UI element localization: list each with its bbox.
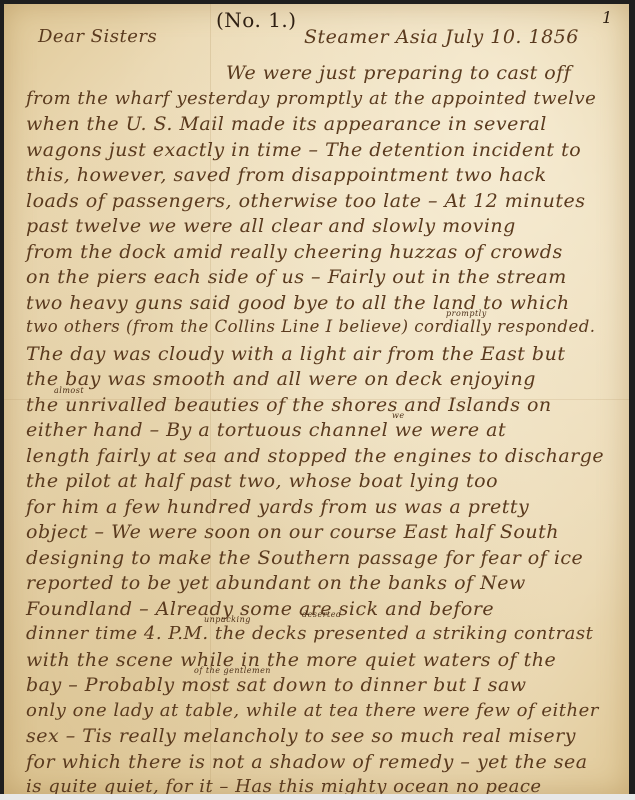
letter-number: (No. 1.) xyxy=(216,8,297,32)
letter-line: past twelve we were all clear and slowly… xyxy=(26,215,516,237)
letter-line: dinner time 4. P.M. the decks presented … xyxy=(26,623,593,644)
letter-line: object – We were soon on our course East… xyxy=(26,521,559,543)
letter-line: wagons just exactly in time – The detent… xyxy=(26,139,581,161)
letter-line: from the dock amid really cheering huzza… xyxy=(26,241,563,263)
letter-line: The day was cloudy with a light air from… xyxy=(26,343,565,365)
page-number: 1 xyxy=(602,8,613,27)
letter-line: bay – Probably most sat down to dinner b… xyxy=(26,674,527,696)
letter-line: only one lady at table, while at tea the… xyxy=(26,700,599,721)
letter-line: reported to be yet abundant on the banks… xyxy=(26,572,526,594)
letter-line: either hand – By a tortuous channel we w… xyxy=(26,419,506,441)
letter-line: this, however, saved from disappointment… xyxy=(26,164,547,186)
interlinear-insertion: deserted xyxy=(302,610,342,619)
letter-line: the pilot at half past two, whose boat l… xyxy=(26,470,498,492)
letter-line: loads of passengers, otherwise too late … xyxy=(26,190,586,212)
salutation: Dear Sisters xyxy=(38,26,157,47)
dateline: Steamer Asia July 10. 1856 xyxy=(304,26,579,48)
letter-line: length fairly at sea and stopped the eng… xyxy=(26,445,604,467)
letter-line: from the wharf yesterday promptly at the… xyxy=(26,88,596,109)
letter-line: for which there is not a shadow of remed… xyxy=(26,751,588,773)
letter-line: the bay was smooth and all were on deck … xyxy=(26,368,536,390)
letter-line: two others (from the Collins Line I beli… xyxy=(26,317,596,336)
letter-line: Foundland – Already some are sick and be… xyxy=(26,598,494,620)
letter-line: when the U. S. Mail made its appearance … xyxy=(26,113,547,135)
letter-line: sex – Tis really melancholy to see so mu… xyxy=(26,725,576,747)
letter-line: two heavy guns said good bye to all the … xyxy=(26,292,570,314)
letter-page: Dear Sisters (No. 1.) Steamer Asia July … xyxy=(4,4,629,794)
scan-margin xyxy=(0,794,635,800)
letter-line: with the scene while in the more quiet w… xyxy=(26,649,556,671)
letter-line: for him a few hundred yards from us was … xyxy=(26,496,529,518)
letter-line: We were just preparing to cast off xyxy=(226,62,571,84)
letter-line: on the piers each side of us – Fairly ou… xyxy=(26,266,567,288)
letter-line: designing to make the Southern passage f… xyxy=(26,547,583,569)
letter-line: the unrivalled beauties of the shores an… xyxy=(26,394,552,416)
